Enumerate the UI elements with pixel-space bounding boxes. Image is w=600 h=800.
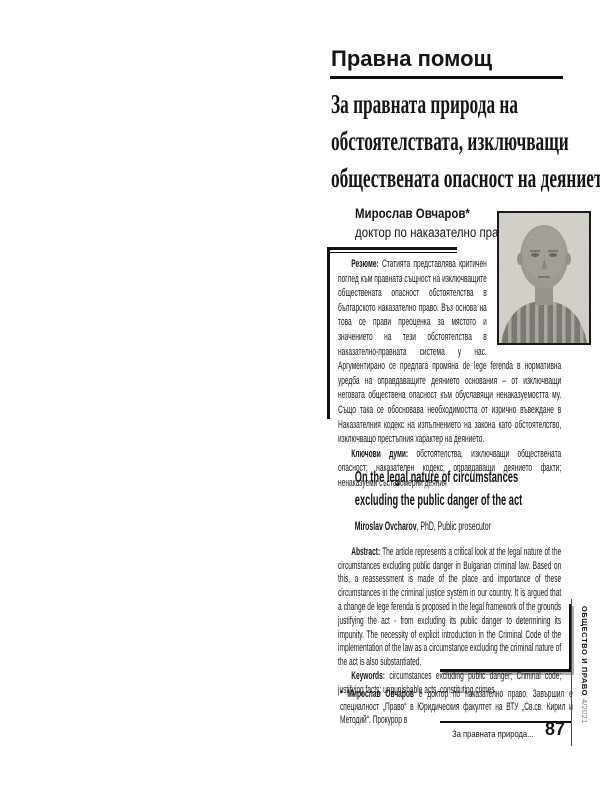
sidebar-separator-rule	[571, 599, 572, 746]
article-title-line: обществената опасност на деянието	[331, 160, 600, 197]
abstract-english-section: On the legal nature of circumstances exc…	[338, 466, 561, 698]
article-title: За правната природа на обстоятелствата, …	[331, 86, 600, 197]
photo-wrap-spacer	[487, 257, 561, 347]
abstract-bg-paragraph: Резюме: Статията представлява критичен п…	[338, 257, 561, 447]
page-number: 87	[545, 719, 565, 740]
journal-issue: 4/2021	[580, 699, 589, 724]
english-author-rest: , PhD, Public prosecutor	[417, 521, 491, 533]
english-title-line: On the legal nature of circumstances	[355, 466, 561, 489]
abstract-bg-label: Резюме:	[351, 258, 378, 270]
english-author: Miroslav Ovcharov, PhD, Public prosecuto…	[355, 521, 561, 535]
footnote-author-name: * Мирослав Овчаров	[340, 688, 414, 700]
abstract-box-left-border	[327, 247, 330, 419]
keywords-en-label: Keywords:	[351, 670, 385, 682]
article-title-line: обстоятелствата, изключващи	[331, 123, 600, 160]
journal-sidebar-label: ОБЩЕСТВО И ПРАВО 4/2021	[580, 606, 589, 724]
abstract-en-text: The article represents a critical look a…	[338, 546, 561, 668]
section-label: Правна помощ	[331, 46, 492, 72]
english-title: On the legal nature of circumstances exc…	[355, 466, 561, 512]
keywords-bg-label: Ключови думи:	[351, 448, 408, 460]
journal-name: ОБЩЕСТВО И ПРАВО	[580, 606, 589, 696]
running-title: За правната природа...	[448, 729, 538, 740]
abstract-en-label: Abstract:	[351, 546, 380, 558]
abstract-bulgarian-section: Резюме: Статията представлява критичен п…	[338, 257, 561, 491]
abstract-en-paragraph: Abstract: The article represents a criti…	[338, 546, 561, 670]
article-title-line: За правната природа на	[331, 86, 600, 123]
abstract-box-top-border-thin	[327, 252, 457, 253]
english-author-name: Miroslav Ovcharov	[355, 521, 417, 533]
abstract-box-top-border	[327, 247, 457, 250]
scanned-journal-page: Правна помощ За правната природа на обст…	[0, 0, 600, 800]
english-title-line: excluding the public danger of the act	[355, 489, 561, 512]
header-rule	[330, 76, 563, 79]
